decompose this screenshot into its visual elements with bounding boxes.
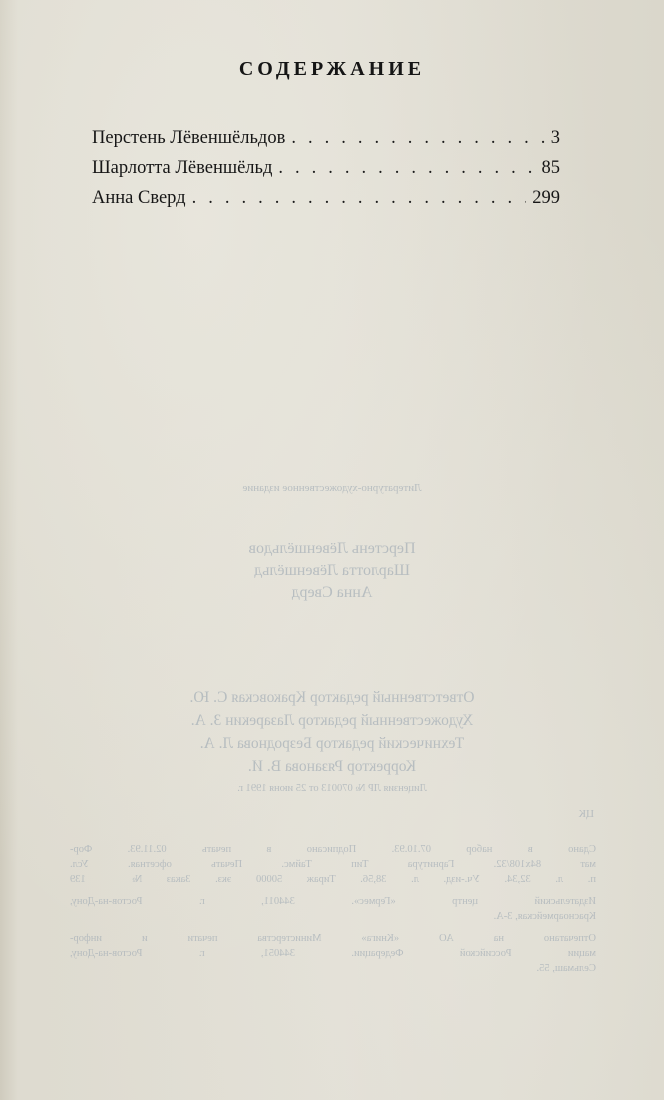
toc-entry-page: 299 <box>526 188 560 209</box>
show-through-imprint: Сдано в набор 07.10.93. Подписано в печа… <box>70 842 596 976</box>
toc-entry: Перстень Лёвеншёльдов ..................… <box>92 128 560 158</box>
toc-entry: Анна Сверд .............................… <box>92 188 560 218</box>
toc-leader-dots: ........................................ <box>272 158 535 179</box>
toc-entry-title: Перстень Лёвеншёльдов <box>92 128 285 149</box>
toc-entry-page: 85 <box>536 158 561 179</box>
toc-heading: СОДЕРЖАНИЕ <box>0 58 664 81</box>
toc-entry-title: Анна Сверд <box>92 188 186 209</box>
book-page: СОДЕРЖАНИЕ Перстень Лёвеншёльдов .......… <box>0 0 664 1100</box>
show-through-titles: Перстень Лёвеншёльдов Шарлотта Лёвеншёль… <box>0 538 664 604</box>
show-through-mark: ЦК <box>0 808 664 820</box>
toc-leader-dots: ........................................ <box>285 128 544 149</box>
toc-leader-dots: ........................................ <box>186 188 527 209</box>
show-through-license: Лицензия ЛР № 070013 от 25 июня 1991 г. <box>0 783 664 794</box>
show-through-editors: Ответственный редактор Краковская С. Ю. … <box>0 686 664 778</box>
toc-entry-page: 3 <box>545 128 560 149</box>
show-through-edition-type: Литературно-художественное издание <box>0 482 664 494</box>
table-of-contents: Перстень Лёвеншёльдов ..................… <box>92 128 560 218</box>
toc-entry-title: Шарлотта Лёвеншёльд <box>92 158 272 179</box>
toc-entry: Шарлотта Лёвеншёльд ....................… <box>92 158 560 188</box>
